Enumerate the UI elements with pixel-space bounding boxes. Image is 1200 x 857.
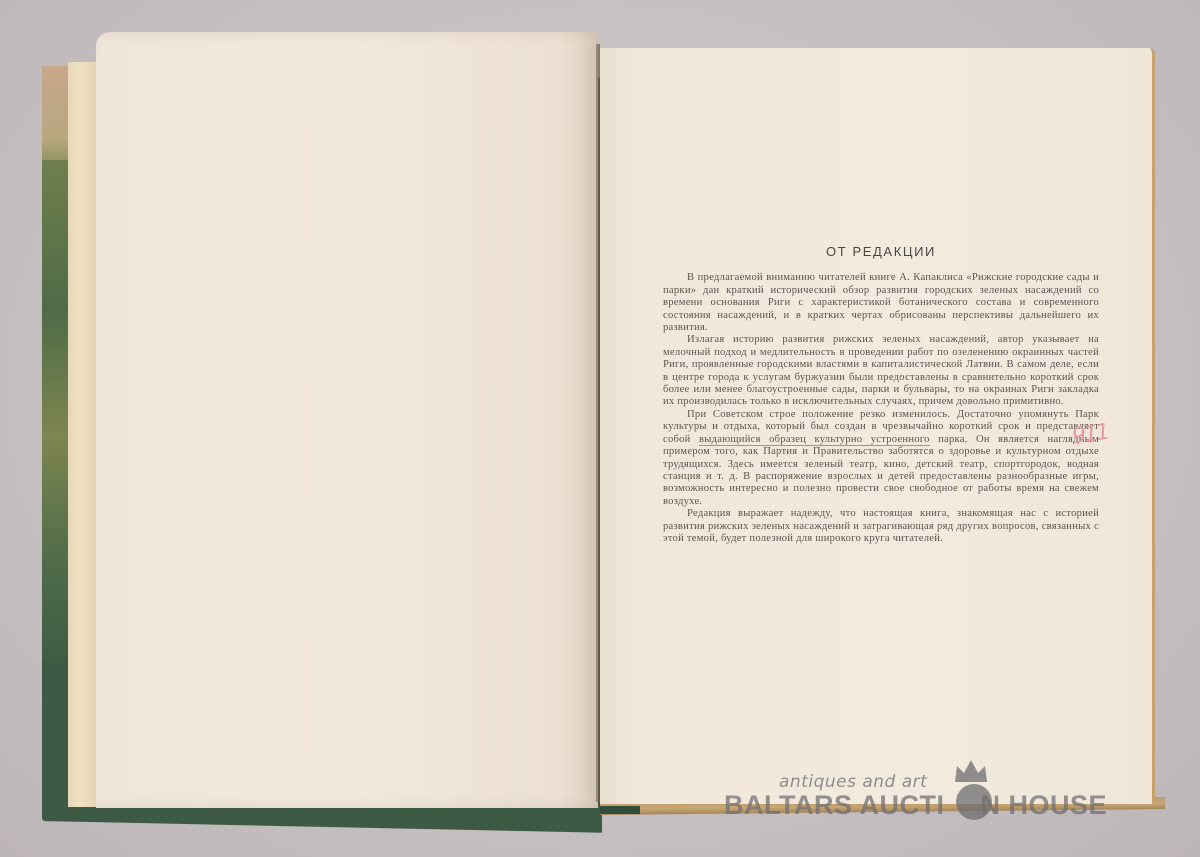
editorial-text-block: ОТ РЕДАКЦИИ В предлагаемой вниманию чита… bbox=[663, 246, 1099, 545]
paragraph-1: В предлагаемой вниманию читателей книге … bbox=[663, 272, 1099, 334]
pencil-margin-note: 911 bbox=[1070, 420, 1109, 450]
cover-spine-green bbox=[42, 160, 68, 660]
book-gutter bbox=[596, 44, 600, 802]
paragraph-2: Излагая историю развития рижских зеленых… bbox=[663, 334, 1099, 408]
endpaper-left bbox=[68, 62, 99, 807]
left-page-blank bbox=[96, 32, 598, 808]
pencil-underlined-text: выдающийся образец культурно устроенного bbox=[699, 434, 930, 446]
paragraph-3: При Советском строе положение резко изме… bbox=[663, 409, 1099, 508]
page-heading: ОТ РЕДАКЦИИ bbox=[663, 246, 1099, 258]
paragraph-4: Редакция выражает надежду, что настоящая… bbox=[663, 508, 1099, 545]
